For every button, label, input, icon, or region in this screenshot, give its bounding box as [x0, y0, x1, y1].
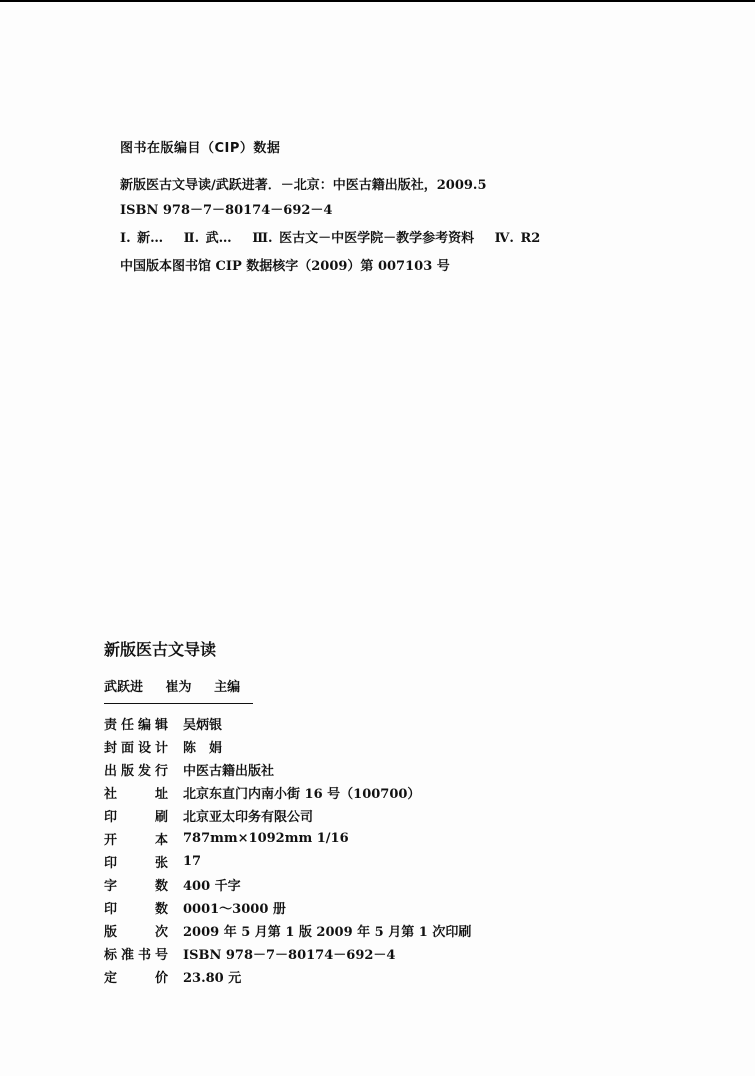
label-char: 印 — [104, 806, 117, 825]
fact-label: 封 面 设 计 — [104, 737, 168, 756]
fact-label: 印 数 — [104, 898, 168, 917]
fact-row-responsible-editor: 责 任 编 辑 吴炳银 — [104, 712, 604, 735]
fact-label: 印 张 — [104, 852, 168, 871]
fact-value: 吴炳银 — [183, 714, 222, 733]
fact-row-isbn: 标 准 书 号 ISBN 978－7－80174－692－4 — [104, 942, 604, 965]
cip-heading: 图书在版编目（CIP）数据 — [120, 140, 680, 158]
fact-label: 开 本 — [104, 829, 168, 848]
fact-value: 2009 年 5 月第 1 版 2009 年 5 月第 1 次印刷 — [183, 921, 471, 940]
label-char: 号 — [155, 944, 168, 963]
publication-facts: 责 任 编 辑 吴炳银 封 面 设 计 陈 娟 出 版 发 行 中医古籍出版社 — [104, 712, 604, 988]
label-char: 辑 — [155, 714, 168, 733]
label-char: 版 — [121, 760, 134, 779]
label-char: 数 — [155, 898, 168, 917]
fact-value: 0001～3000 册 — [183, 898, 286, 917]
cip-subject-item: Ⅲ. 医古文－中医学院－教学参考资料 — [252, 231, 474, 246]
cip-subject-list: Ⅰ. 新… Ⅱ. 武… Ⅲ. 医古文－中医学院－教学参考资料 Ⅳ. R2 — [120, 230, 680, 248]
cip-isbn: ISBN 978－7－80174－692－4 — [120, 202, 680, 220]
label-char: 印 — [104, 852, 117, 871]
fact-value: 北京东直门内南小街 16 号（100700） — [183, 783, 420, 802]
fact-row-address: 社 址 北京东直门内南小街 16 号（100700） — [104, 781, 604, 804]
fact-row-publisher: 出 版 发 行 中医古籍出版社 — [104, 758, 604, 781]
fact-value: 787mm×1092mm 1/16 — [183, 831, 349, 846]
fact-label: 标 准 书 号 — [104, 944, 168, 963]
label-char: 价 — [155, 967, 168, 986]
editor-name: 崔为 — [166, 680, 192, 695]
cip-subject-item: Ⅰ. 新… — [120, 231, 163, 246]
cip-approval-number: 中国版本图书馆 CIP 数据核字（2009）第 007103 号 — [120, 258, 680, 276]
book-title: 新版医古文导读 — [104, 639, 604, 661]
fact-value: 中医古籍出版社 — [183, 760, 274, 779]
label-char: 计 — [155, 737, 168, 756]
label-char: 开 — [104, 829, 117, 848]
editor-name: 武跃进 — [104, 680, 143, 695]
label-char: 面 — [121, 737, 134, 756]
fact-label: 定 价 — [104, 967, 168, 986]
label-char: 责 — [104, 714, 117, 733]
label-char: 张 — [155, 852, 168, 871]
label-char: 出 — [104, 760, 117, 779]
label-char: 标 — [104, 944, 117, 963]
fact-row-price: 定 价 23.80 元 — [104, 965, 604, 988]
fact-label: 出 版 发 行 — [104, 760, 168, 779]
fact-value: 23.80 元 — [183, 967, 241, 986]
label-char: 址 — [155, 783, 168, 802]
fact-row-word-count: 字 数 400 千字 — [104, 873, 604, 896]
label-char: 书 — [138, 944, 151, 963]
label-char: 任 — [121, 714, 134, 733]
colophon-block: 新版医古文导读 武跃进 崔为 主编 责 任 编 辑 吴炳银 封 面 设 计 陈 … — [104, 639, 604, 988]
label-char: 封 — [104, 737, 117, 756]
label-char: 字 — [104, 875, 117, 894]
cip-description: 新版医古文导读/武跃进著．－北京：中医古籍出版社，2009.5 — [120, 177, 680, 195]
cip-subject-item: Ⅳ. R2 — [495, 231, 541, 246]
cip-data-block: 图书在版编目（CIP）数据 新版医古文导读/武跃进著．－北京：中医古籍出版社，2… — [120, 140, 680, 276]
label-char: 数 — [155, 875, 168, 894]
label-char: 版 — [104, 921, 117, 940]
label-char: 设 — [138, 737, 151, 756]
fact-row-cover-design: 封 面 设 计 陈 娟 — [104, 735, 604, 758]
fact-label: 社 址 — [104, 783, 168, 802]
fact-row-printer: 印 刷 北京亚太印务有限公司 — [104, 804, 604, 827]
label-char: 本 — [155, 829, 168, 848]
editor-role: 主编 — [214, 680, 240, 695]
label-char: 印 — [104, 898, 117, 917]
fact-value: 陈 娟 — [183, 737, 222, 756]
fact-row-printed-sheets: 印 张 17 — [104, 850, 604, 873]
fact-row-edition: 版 次 2009 年 5 月第 1 版 2009 年 5 月第 1 次印刷 — [104, 919, 604, 942]
fact-value: ISBN 978－7－80174－692－4 — [183, 944, 395, 963]
fact-label: 版 次 — [104, 921, 168, 940]
label-char: 次 — [155, 921, 168, 940]
label-char: 刷 — [155, 806, 168, 825]
fact-value: 北京亚太印务有限公司 — [183, 806, 313, 825]
page-top-border — [0, 0, 755, 2]
fact-row-format: 开 本 787mm×1092mm 1/16 — [104, 827, 604, 850]
label-char: 定 — [104, 967, 117, 986]
fact-value: 17 — [183, 854, 201, 869]
editors-line: 武跃进 崔为 主编 — [104, 679, 253, 704]
fact-label: 字 数 — [104, 875, 168, 894]
fact-label: 责 任 编 辑 — [104, 714, 168, 733]
label-char: 社 — [104, 783, 117, 802]
label-char: 发 — [138, 760, 151, 779]
fact-value: 400 千字 — [183, 875, 241, 894]
fact-row-print-run: 印 数 0001～3000 册 — [104, 896, 604, 919]
label-char: 行 — [155, 760, 168, 779]
label-char: 准 — [121, 944, 134, 963]
fact-label: 印 刷 — [104, 806, 168, 825]
label-char: 编 — [138, 714, 151, 733]
cip-subject-item: Ⅱ. 武… — [184, 231, 232, 246]
